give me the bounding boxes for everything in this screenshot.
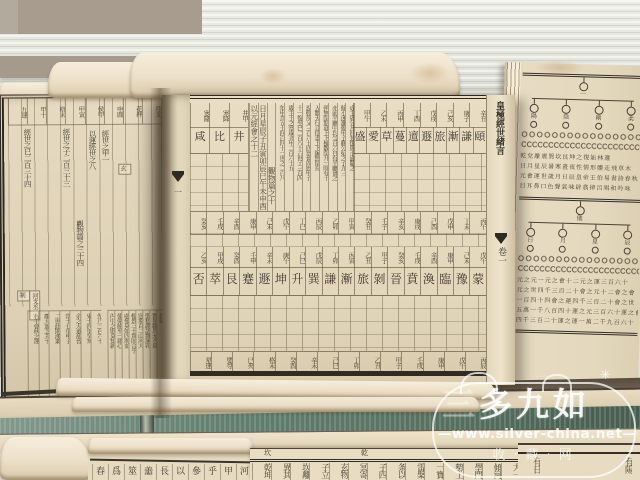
margin-character: 坎	[264, 450, 271, 458]
node-circle	[526, 228, 535, 237]
section-rule	[515, 329, 637, 335]
text-column: 餘小運漸傆甲子觀分紀之子九三	[337, 103, 346, 211]
grid-cell: 丁卯	[322, 247, 338, 267]
node-circle	[626, 107, 635, 116]
grid-cell: 己亥	[436, 103, 453, 127]
hexagram-row-upper-left: 咸比井	[190, 127, 248, 154]
node-label: 儀	[576, 216, 582, 222]
character-cell: 譱	[140, 464, 156, 480]
hexagram-cell: 咸	[190, 127, 209, 153]
bottom-book-left: 春爲筮譱長以參乎甲河	[88, 438, 254, 480]
watermark: ✳ 三多九如 —www.silver-china.net— 收·藏·网	[428, 368, 640, 480]
text-column: 乾坤	[252, 463, 271, 480]
right-book-page: 一 陽 陰 剛	[513, 73, 640, 410]
grid-cell: 嬰㝵	[211, 352, 232, 372]
grid-cell: 己未	[453, 247, 469, 267]
hexagram-cell: 比	[209, 127, 228, 153]
paper-stain	[260, 68, 286, 84]
fishtail-mark	[172, 171, 184, 182]
text-column: 冥寄	[348, 463, 367, 480]
grid-cell: 癸酉	[275, 352, 296, 372]
grid-cell: 寒降	[209, 103, 228, 127]
empty-grid-left	[190, 153, 248, 211]
node-circle-small	[627, 124, 634, 131]
hexagram-cell: 旅	[354, 267, 370, 295]
character-cell: 春	[92, 464, 108, 480]
grid-cell: 戊午	[469, 247, 485, 267]
hexagram-cell: 升	[289, 267, 305, 295]
text-column: 坎離	[290, 463, 309, 480]
grid-cell: 丁酉	[403, 103, 420, 127]
grid-cell: 己未	[256, 212, 272, 234]
branch-node: 柔	[626, 102, 636, 131]
wall-patch-top-left	[0, 0, 202, 34]
branch-node: 陰	[561, 100, 571, 129]
text-row: 目耳鼻口色聲氣味辟翕律呂唱和吟咏	[519, 182, 640, 195]
branch-label: 陰	[563, 115, 569, 121]
node-circle-small	[527, 245, 534, 252]
grid-cell: 辛亥	[387, 212, 403, 234]
grid-cell: 乙丑	[354, 247, 370, 267]
left-book-label: 經世之巳二百三十四	[23, 128, 32, 248]
branch-label: 日	[527, 238, 533, 244]
node-circle	[575, 206, 584, 215]
section-text-rows: 元之元一元之會十二元之運三百六十元之世四千三百二十會之元十二會之會一百四十四會之…	[516, 276, 639, 329]
text-column: 子立	[309, 463, 328, 480]
hexagram-cell: 萃	[206, 267, 222, 295]
grid-cell: 丙辰	[305, 212, 321, 234]
hexagram-cell: 草	[380, 127, 393, 153]
branch-label: 辰	[624, 240, 630, 246]
node-circle-small	[559, 246, 566, 253]
volume-label: 卷一	[495, 247, 508, 287]
hexagram-cell: 漸	[338, 267, 354, 295]
grid-cell: 丁卯	[338, 352, 359, 372]
hexagram-cell: 否	[190, 267, 206, 295]
grid-cell: 戊午	[272, 212, 288, 234]
grid-cell: 乙亥	[190, 247, 206, 267]
hexagram-cell: 臨	[437, 267, 453, 295]
watermark-brand-first: 三	[442, 385, 479, 424]
text-column: 朔無閏期暮上下極數閏升一時有十	[319, 103, 328, 211]
branch-label: 剛	[595, 116, 601, 122]
page-border	[90, 459, 252, 464]
diagram-branches: 日 月 星 辰	[518, 223, 640, 255]
grid-cell: 巳夾	[232, 352, 253, 372]
center-book-bottom-curl-2	[72, 397, 480, 412]
grid-cell: 癸亥	[190, 212, 206, 234]
grid-cell: 丙午	[469, 212, 485, 234]
character-cell: 筮	[124, 464, 140, 480]
grid-cell: 己巳	[317, 352, 338, 372]
center-book-top-curl	[130, 52, 460, 98]
fishtail-mark	[495, 233, 507, 244]
node-circle	[530, 104, 539, 113]
paper-stain	[410, 62, 450, 84]
grid-cell: 乙丑	[359, 352, 380, 372]
branch-node: 日	[526, 223, 536, 252]
page-curl	[88, 438, 254, 454]
grid-cell: 九運	[8, 98, 27, 124]
character-cell: 以	[172, 464, 188, 480]
bottom-blank-page	[0, 437, 92, 480]
hexagram-cell: 坤	[272, 267, 288, 295]
node-circle	[623, 230, 632, 239]
branch-node: 月	[558, 224, 568, 253]
ganzhi-row-4: 乙亥甲戌癸酉壬申辛未庚午己巳戊辰丁卯丙寅乙丑甲子癸亥壬戌辛酉庚申己未戊午	[190, 247, 486, 268]
hexagram-cell: 愛	[366, 127, 379, 153]
center-book-open-spread: 一 塞隆寒降井甲 咸比井 甲午乙未丙申丁酉戊戌己亥庚子辛丑 盛愛草蔓邅遯旅漸謙頤…	[162, 95, 514, 385]
grid-cell: 戊辰	[305, 247, 321, 267]
hexagram-cell: 邅	[406, 127, 419, 153]
hexagram-cell: 剝	[371, 267, 387, 295]
hexagram-cell: 晉	[387, 267, 403, 295]
hexagram-cell: 蒙	[469, 267, 485, 295]
branch-node: 星	[590, 225, 600, 254]
node-circle	[594, 106, 603, 115]
hexagram-cell: 旅	[433, 127, 446, 153]
grid-cell: 辛未	[256, 247, 272, 267]
hexagram-cell: 蹇	[239, 267, 255, 295]
node-circle-small	[562, 122, 569, 129]
text-column: 入數天行音律書上下編無閏焉	[310, 103, 319, 211]
text-column: 說經矦又三百六十四當會周厯甲子	[302, 103, 311, 211]
hexagram-cell: 渙	[420, 267, 436, 295]
annotation-text-zone: 以元經會之十二日月星辰子丑寅卯辰巳午未申酉戌亥觀物篇之十一年甲為五十四百四十一世…	[248, 103, 355, 211]
fold-character: 一	[174, 187, 182, 198]
empty-grid-right	[353, 153, 486, 211]
text-column: 雷槃	[405, 463, 424, 480]
grid-cell: 癸酉	[223, 247, 239, 267]
grid-cell: 辛丑	[469, 103, 486, 127]
text-column: 觀物篇之十一	[267, 103, 276, 211]
character-cell: 長	[156, 464, 172, 480]
ganzhi-row-upper-left: 塞隆寒降井甲	[190, 103, 248, 128]
grid-cell: 丁巳	[289, 212, 305, 234]
text-column: 亦前半屬中均勻百六自有半屬會之	[328, 103, 337, 211]
hexagram-row-main: 否萃艮蹇遯坤升巽謙漸旅剝晉賁渙臨豫蒙	[190, 267, 486, 296]
grid-cell: 丁未	[453, 212, 469, 234]
hexagram-cell: 遯	[256, 267, 272, 295]
grid-cell: 壬戌	[401, 352, 422, 372]
grid-cell: 庚午	[272, 247, 288, 267]
grid-cell: 丙申	[386, 103, 403, 127]
grid-cell: 癸丑	[354, 212, 370, 234]
branch-label: 陽	[531, 114, 537, 120]
center-book-table: 塞隆寒降井甲 咸比井 甲午乙未丙申丁酉戊戌己亥庚子辛丑 盛愛草蔓邅遯旅漸謙頤 以…	[190, 95, 486, 376]
hexagram-cell: 遯	[419, 127, 432, 153]
text-column: 十一復至巳二百八十六世子三百四	[293, 103, 302, 211]
text-column: 子四	[367, 463, 386, 480]
ganzhi-row-3: 癸亥壬戌辛酉庚申己未戊午丁巳丙辰乙卯甲寅癸丑壬子辛亥庚戌己酉戊申丁未丙午	[190, 211, 486, 235]
grid-cell: 甲十	[27, 98, 46, 124]
grid-cell: 己巳	[289, 247, 305, 267]
grid-cell: 塞隆	[190, 103, 209, 127]
branch-node: 剛	[594, 101, 604, 130]
grid-cell: 甲子	[380, 352, 401, 372]
grid-cell: 癸亥	[387, 247, 403, 267]
text-column: 異其	[271, 463, 290, 480]
grid-cell: 壬戌	[206, 212, 222, 234]
character-cell: 甲	[220, 464, 236, 480]
book-gutter-shadow	[150, 88, 172, 418]
book-title: 皇極經世緒言	[494, 101, 503, 231]
grid-cell: 庚申	[437, 247, 453, 267]
grid-cell: 辛未	[296, 352, 317, 372]
node-circle	[579, 82, 588, 91]
diagram-branches: 陽 陰 剛 柔	[521, 99, 640, 131]
text-column: 年甲為五十四百四十一世之二百八	[275, 103, 284, 211]
hexagram-cell: 艮	[223, 267, 239, 295]
grid-cell: 庚申	[239, 212, 255, 234]
watermark-brand: 三多九如	[442, 388, 632, 421]
grid-cell: 甲子	[371, 247, 387, 267]
grid-cell: 格未	[253, 352, 274, 372]
hexagram-row-upper-right: 盛愛草蔓邅遯旅漸謙頤	[353, 127, 486, 154]
hexagram-cell: 巽	[305, 267, 321, 295]
grid-cell: 庚子	[453, 103, 470, 127]
hexagram-cell: 賁	[404, 267, 420, 295]
grid-gap	[190, 233, 486, 247]
empty-grid-lower	[190, 295, 486, 351]
text-column: 歲主王之當咸夬甲二百六十五	[284, 103, 293, 211]
watermark-url: —www.silver-china.net—	[438, 426, 634, 442]
hexagram-cell: 井	[229, 127, 248, 153]
grid-cell: 乙未	[370, 103, 387, 127]
branch-node: 辰	[623, 225, 633, 254]
grid-cell: 甲寅	[338, 212, 354, 234]
photo-old-chinese-books: 九運甲十格未甲寅侯甲申圓花押月支 以運經世之八 經世之甲一 經世之子二百三十三 …	[0, 0, 640, 480]
hexagram-cell: 謙	[322, 267, 338, 295]
text-row: 四千三百二十運之運一萬二千九百六十	[516, 315, 638, 328]
circle-row-dense	[521, 140, 640, 152]
text-column: 日月星辰子丑寅卯辰巳午未申酉戌亥	[258, 103, 267, 211]
text-column: 成主敓分凡四卦復與小過隨之	[345, 103, 354, 211]
grid-cell: 庚戌	[404, 212, 420, 234]
hexagram-cell: 豫	[453, 267, 469, 295]
grid-cell: 壬申	[239, 247, 255, 267]
node-label: 一	[580, 92, 586, 98]
grid-cell: 乙卯	[322, 212, 338, 234]
node-circle-small	[624, 247, 631, 254]
node-circle-small	[595, 123, 602, 130]
center-book-title-fold: 皇極經世緒言 卷一	[486, 95, 515, 385]
character-cell: 乎	[204, 464, 220, 480]
grid-cell: 甲戌	[206, 247, 222, 267]
node-circle-small	[530, 121, 537, 128]
grid-cell: 甲午	[353, 103, 370, 127]
branch-label: 柔	[628, 117, 634, 123]
watermark-brand-rest: 多九如	[479, 385, 590, 424]
character-cell: 參	[188, 464, 204, 480]
branch-label: 月	[560, 239, 566, 245]
grid-cell: 辛酉	[223, 212, 239, 234]
section-text-rows: 乾兌離震巽坎艮坤之復姤林遯日月星辰暑寒晝夜性情形體走飛草木元會運世歲月日辰皇帝王…	[519, 152, 640, 195]
watermark-asterisk-icon: ✳	[600, 368, 611, 383]
margin-character: 乾	[361, 450, 368, 458]
branch-node: 陽	[529, 99, 539, 128]
hexagram-cell: 漸	[446, 127, 459, 153]
grid-cell: 辛酉	[420, 247, 436, 267]
grid-cell: 丙寅	[338, 247, 354, 267]
hexagram-cell: 謙	[459, 127, 472, 153]
grid-cell: 井甲	[229, 103, 248, 127]
node-circle-small	[591, 247, 598, 254]
ganzhi-row-upper-right: 甲午乙未丙申丁酉戊戌己亥庚子辛丑	[353, 103, 486, 128]
watermark-caption: 收·藏·网	[438, 444, 634, 463]
node-circle	[558, 229, 567, 238]
hexagram-cell: 蔓	[393, 127, 406, 153]
hexagram-cell: 頤	[473, 127, 486, 153]
grid-cell: 戊申	[437, 212, 453, 234]
text-column: 以元經會之十二	[249, 103, 258, 211]
character-cell: 爲	[108, 464, 124, 480]
grid-cell: 己酉	[420, 212, 436, 234]
grid-cell: 戊戌	[420, 103, 437, 127]
node-circle	[562, 105, 571, 114]
text-column: 条以	[386, 463, 405, 480]
node-circle	[591, 230, 600, 239]
text-top-row: 春爲筮譱長以參乎甲河	[92, 464, 252, 480]
grid-cell: 壬戌	[404, 247, 420, 267]
text-column: 玄物	[329, 463, 348, 480]
grid-cell: 壬子	[371, 212, 387, 234]
grid-cell: 星速	[190, 352, 211, 372]
branch-label: 星	[592, 240, 598, 246]
